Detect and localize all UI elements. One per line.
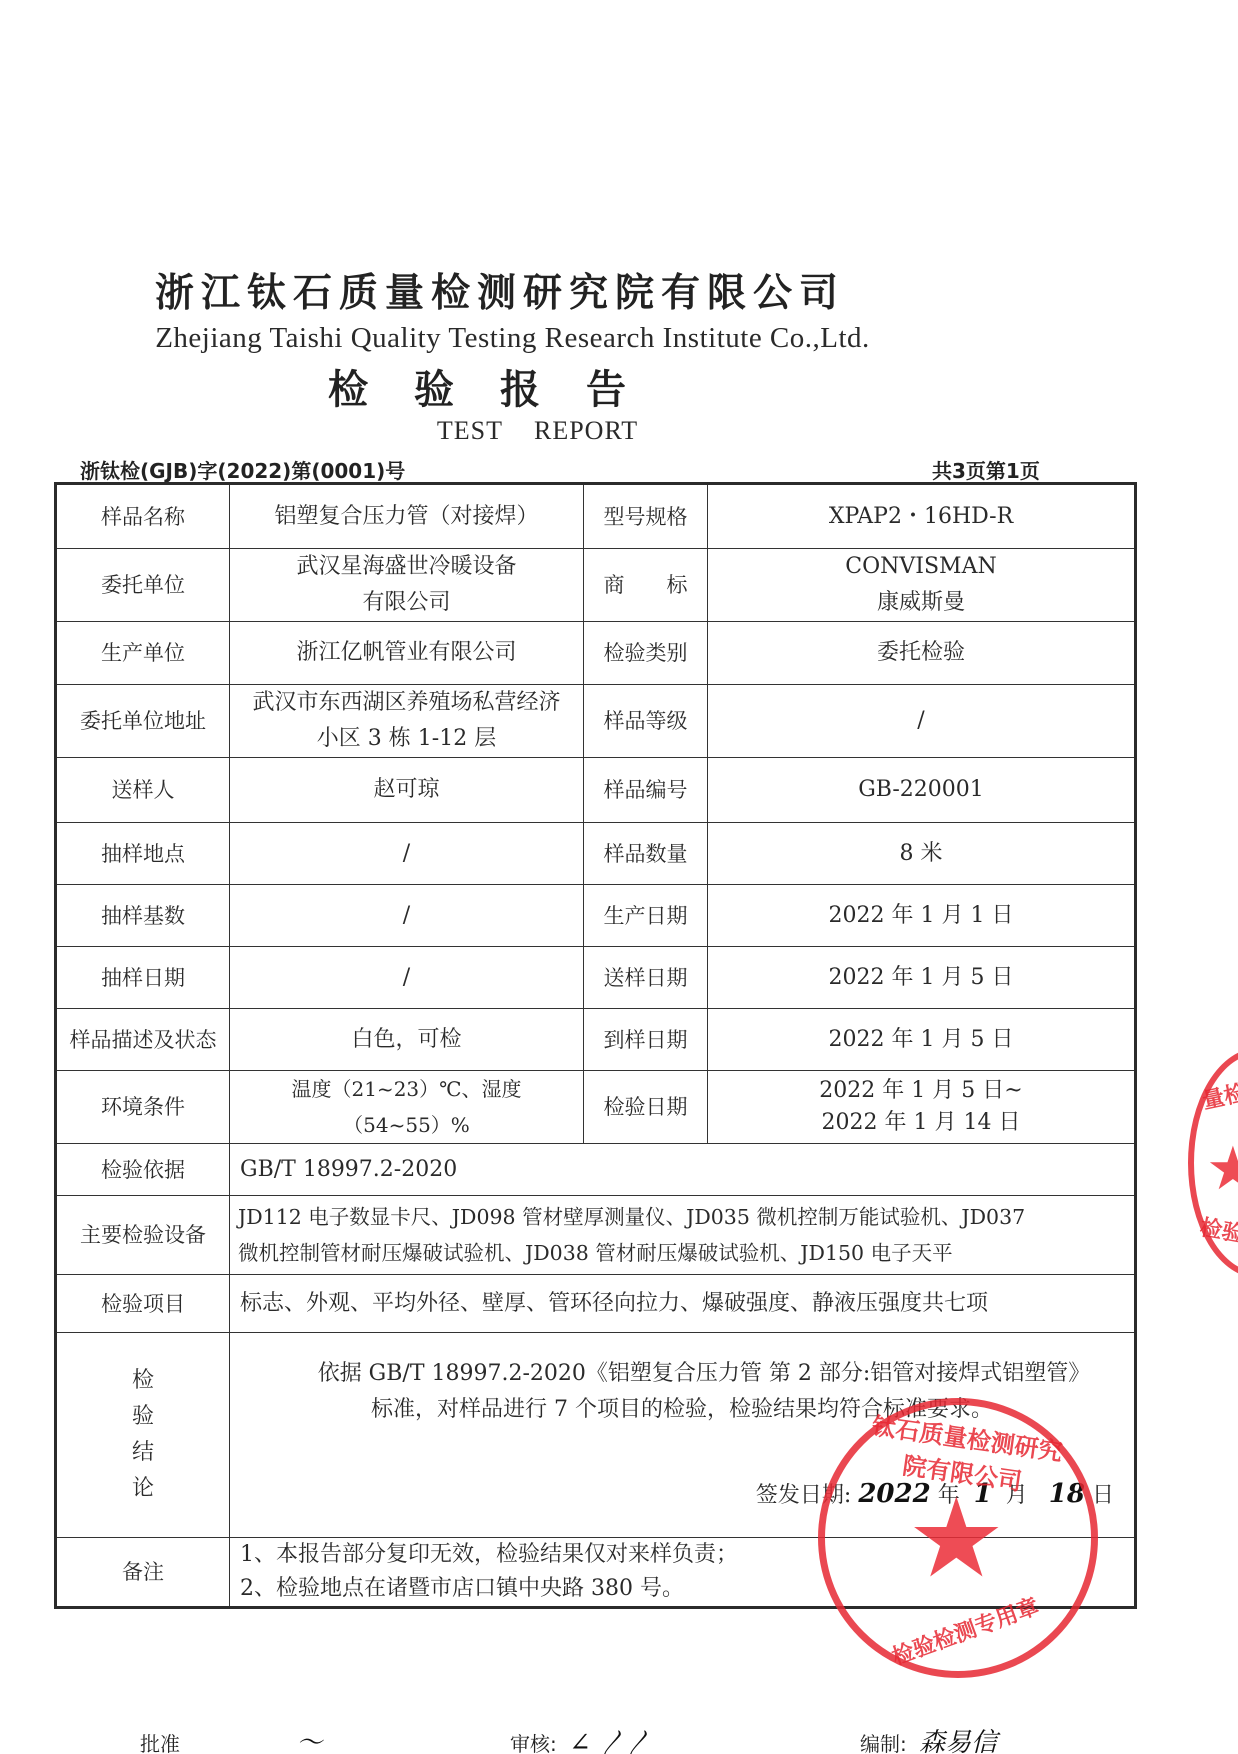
conclusion-line1: 依据 GB/T 18997.2-2020《铝塑复合压力管 第 2 部分:铝管对接… (318, 1361, 1091, 1386)
value-equipment: JD112 电子数显卡尺、JD098 管材壁厚测量仪、JD035 微机控制万能试… (230, 1196, 1136, 1275)
table-row: 备注 1、本报告部分复印无效，检验结果仅对来样负责； 2、检验地点在诸暨市店口镇… (56, 1538, 1136, 1608)
label-sender: 送样人 (56, 758, 230, 823)
table-row: 样品名称 铝塑复合压力管（对接焊） 型号规格 XPAP2・16HD-R (56, 484, 1136, 549)
label-sample-description: 样品描述及状态 (56, 1009, 230, 1071)
table-row: 送样人 赵可琼 样品编号 GB-220001 (56, 758, 1136, 823)
label-sampling-date: 抽样日期 (56, 947, 230, 1009)
value-trademark: CONVISMAN 康威斯曼 (708, 549, 1136, 622)
edge-seal-top-text: 量检 (1199, 1076, 1238, 1115)
label-conclusion-char: 检 (63, 1363, 223, 1399)
label-test-items: 检验项目 (56, 1275, 230, 1333)
company-name-en: Zhejiang Taishi Quality Testing Research… (0, 322, 1025, 355)
value-test-items: 标志、外观、平均外径、壁厚、管环径向拉力、爆破强度、静液压强度共七项 (230, 1275, 1136, 1333)
label-conclusion-char: 论 (63, 1471, 223, 1507)
label-sampling-place: 抽样地点 (56, 823, 230, 885)
table-row: 生产单位 浙江亿帆管业有限公司 检验类别 委托检验 (56, 622, 1136, 685)
table-row: 委托单位 武汉星海盛世冷暖设备 有限公司 商 标 CONVISMAN 康威斯曼 (56, 549, 1136, 622)
table-row: 样品描述及状态 白色，可检 到样日期 2022 年 1 月 5 日 (56, 1009, 1136, 1071)
label-remarks: 备注 (56, 1538, 230, 1608)
label-equipment: 主要检验设备 (56, 1196, 230, 1275)
approve-label: 批准 (140, 1732, 180, 1754)
value-trademark-line1: CONVISMAN (714, 549, 1128, 585)
value-test-type: 委托检验 (708, 622, 1136, 685)
value-environment: 温度（21~23）℃、湿度（54~55）% (230, 1071, 584, 1144)
edge-seal-bottom-text: 检验检 (1198, 1211, 1238, 1253)
table-row: 检验依据 GB/T 18997.2-2020 (56, 1144, 1136, 1196)
label-model: 型号规格 (584, 484, 708, 549)
value-manufacturer: 浙江亿帆管业有限公司 (230, 622, 584, 685)
page-info: 共3页第1页 (932, 455, 1040, 484)
value-send-date: 2022 年 1 月 5 日 (708, 947, 1136, 1009)
review-label: 审核: (510, 1732, 557, 1754)
approve-sign: 〜 (296, 1728, 322, 1754)
value-sampling-base: / (230, 885, 584, 947)
issue-day: 18 (1049, 1479, 1085, 1509)
compile-signature: 编制: 森易信 (860, 1722, 997, 1754)
value-client: 武汉星海盛世冷暖设备 有限公司 (230, 549, 584, 622)
label-test-basis: 检验依据 (56, 1144, 230, 1196)
label-conclusion-char: 结 (63, 1435, 223, 1471)
issue-day-unit: 日 (1092, 1483, 1114, 1508)
label-sample-quantity: 样品数量 (584, 823, 708, 885)
value-remarks: 1、本报告部分复印无效，检验结果仅对来样负责； 2、检验地点在诸暨市店口镇中央路… (230, 1538, 1136, 1608)
star-icon: ★ (1206, 1134, 1238, 1204)
review-sign: ∠ 〳〳 (569, 1728, 651, 1754)
value-sampling-date: / (230, 947, 584, 1009)
compile-label: 编制: (860, 1732, 907, 1754)
table-row: 抽样日期 / 送样日期 2022 年 1 月 5 日 (56, 947, 1136, 1009)
label-sampling-base: 抽样基数 (56, 885, 230, 947)
value-sample-number: GB-220001 (708, 758, 1136, 823)
value-sample-quantity: 8 米 (708, 823, 1136, 885)
label-sample-name: 样品名称 (56, 484, 230, 549)
value-sample-name: 铝塑复合压力管（对接焊） (230, 484, 584, 549)
report-title-en: TEST REPORT (0, 416, 1075, 446)
issue-date-label: 签发日期: (756, 1483, 851, 1508)
issue-month: 1 (974, 1479, 992, 1509)
value-client-address: 武汉市东西湖区养殖场私营经济 小区 3 栋 1-12 层 (230, 685, 584, 758)
label-send-date: 送样日期 (584, 947, 708, 1009)
label-manufacturer: 生产单位 (56, 622, 230, 685)
value-sender: 赵可琼 (230, 758, 584, 823)
table-row: 主要检验设备 JD112 电子数显卡尺、JD098 管材壁厚测量仪、JD035 … (56, 1196, 1136, 1275)
value-sample-grade: / (708, 685, 1136, 758)
conclusion-content: 依据 GB/T 18997.2-2020《铝塑复合压力管 第 2 部分:铝管对接… (230, 1333, 1136, 1538)
review-signature: 审核: ∠ 〳〳 (510, 1722, 651, 1754)
label-environment: 环境条件 (56, 1071, 230, 1144)
remarks-line2: 2、检验地点在诸暨市店口镇中央路 380 号。 (240, 1572, 1128, 1606)
table-row: 检 验 结 论 依据 GB/T 18997.2-2020《铝塑复合压力管 第 2… (56, 1333, 1136, 1538)
label-trademark: 商 标 (584, 549, 708, 622)
remarks-line1: 1、本报告部分复印无效，检验结果仅对来样负责； (240, 1538, 1128, 1572)
compile-sign: 森易信 (919, 1728, 997, 1754)
label-conclusion: 检 验 结 论 (56, 1333, 230, 1538)
issue-year-unit: 年 (938, 1483, 960, 1508)
company-name-cn: 浙江钛石质量检测研究院有限公司 (0, 262, 1000, 318)
value-arrival-date: 2022 年 1 月 5 日 (708, 1009, 1136, 1071)
label-client-address: 委托单位地址 (56, 685, 230, 758)
value-test-basis: GB/T 18997.2-2020 (230, 1144, 1136, 1196)
value-client-address-line1: 武汉市东西湖区养殖场私营经济 (236, 685, 577, 721)
report-table: 样品名称 铝塑复合压力管（对接焊） 型号规格 XPAP2・16HD-R 委托单位… (54, 482, 1137, 1609)
issue-date: 签发日期: 2022 年 1 月 18 日 (236, 1476, 1128, 1514)
report-title-cn: 检验报告 (0, 358, 1000, 415)
label-sample-grade: 样品等级 (584, 685, 708, 758)
value-sampling-place: / (230, 823, 584, 885)
issue-month-unit: 月 (1006, 1483, 1028, 1508)
issue-year: 2022 (858, 1479, 930, 1509)
label-production-date: 生产日期 (584, 885, 708, 947)
value-production-date: 2022 年 1 月 1 日 (708, 885, 1136, 947)
label-test-type: 检验类别 (584, 622, 708, 685)
value-test-date-line1: 2022 年 1 月 5 日~ (714, 1075, 1128, 1107)
value-trademark-line2: 康威斯曼 (714, 585, 1128, 621)
value-model: XPAP2・16HD-R (708, 484, 1136, 549)
report-number: 浙钛检(GJB)字(2022)第(0001)号 (80, 455, 405, 484)
table-row: 抽样基数 / 生产日期 2022 年 1 月 1 日 (56, 885, 1136, 947)
label-client: 委托单位 (56, 549, 230, 622)
approve-signature: 批准 〜 (140, 1722, 322, 1754)
value-client-address-line2: 小区 3 栋 1-12 层 (236, 721, 577, 757)
value-equipment-line1: JD112 电子数显卡尺、JD098 管材壁厚测量仪、JD035 微机控制万能试… (238, 1199, 1132, 1235)
table-row: 检验项目 标志、外观、平均外径、壁厚、管环径向拉力、爆破强度、静液压强度共七项 (56, 1275, 1136, 1333)
table-row: 委托单位地址 武汉市东西湖区养殖场私营经济 小区 3 栋 1-12 层 样品等级… (56, 685, 1136, 758)
value-client-line2: 有限公司 (236, 585, 577, 621)
value-sample-description: 白色，可检 (230, 1009, 584, 1071)
label-sample-number: 样品编号 (584, 758, 708, 823)
value-test-date: 2022 年 1 月 5 日~ 2022 年 1 月 14 日 (708, 1071, 1136, 1144)
value-test-date-line2: 2022 年 1 月 14 日 (714, 1107, 1128, 1139)
table-row: 环境条件 温度（21~23）℃、湿度（54~55）% 检验日期 2022 年 1… (56, 1071, 1136, 1144)
label-arrival-date: 到样日期 (584, 1009, 708, 1071)
edge-seal: 量检 ★ 检验检 (1188, 1048, 1238, 1278)
label-conclusion-char: 验 (63, 1399, 223, 1435)
value-client-line1: 武汉星海盛世冷暖设备 (236, 549, 577, 585)
table-row: 抽样地点 / 样品数量 8 米 (56, 823, 1136, 885)
conclusion-line2: 标准，对样品进行 7 个项目的检验，检验结果均符合标准要求。 (236, 1392, 1128, 1428)
value-equipment-line2: 微机控制管材耐压爆破试验机、JD038 管材耐压爆破试验机、JD150 电子天平 (238, 1235, 1132, 1271)
label-test-date: 检验日期 (584, 1071, 708, 1144)
